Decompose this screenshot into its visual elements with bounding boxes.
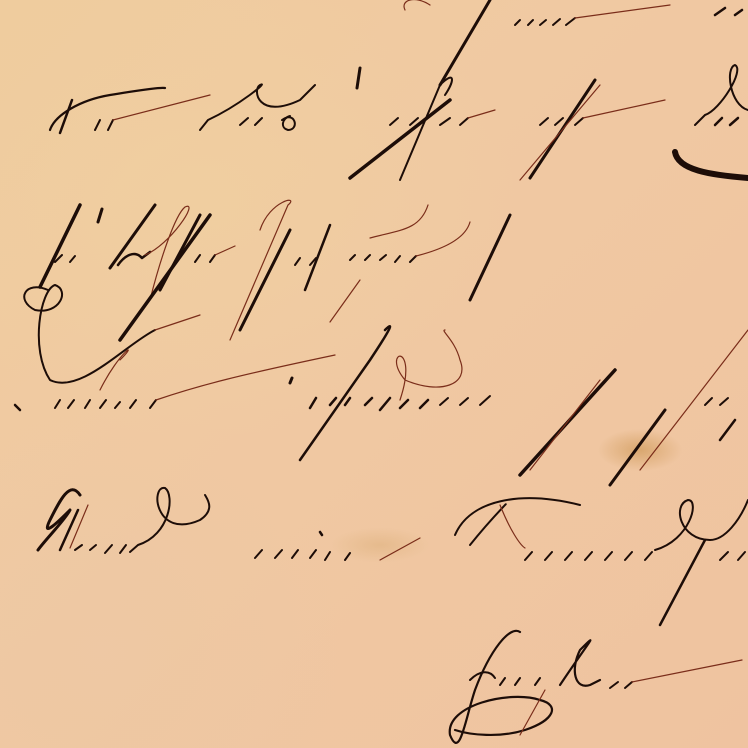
line-0-strokes — [404, 0, 742, 85]
line-1-strokes — [50, 65, 748, 180]
line-4-strokes — [38, 488, 748, 625]
line-3-strokes — [15, 285, 748, 485]
line-5-strokes — [450, 631, 742, 743]
manuscript-page: …ienen ve… Wie das schönsten, da… ich la… — [0, 0, 748, 748]
handwriting-strokes — [0, 0, 748, 748]
line-2-strokes — [40, 200, 510, 340]
